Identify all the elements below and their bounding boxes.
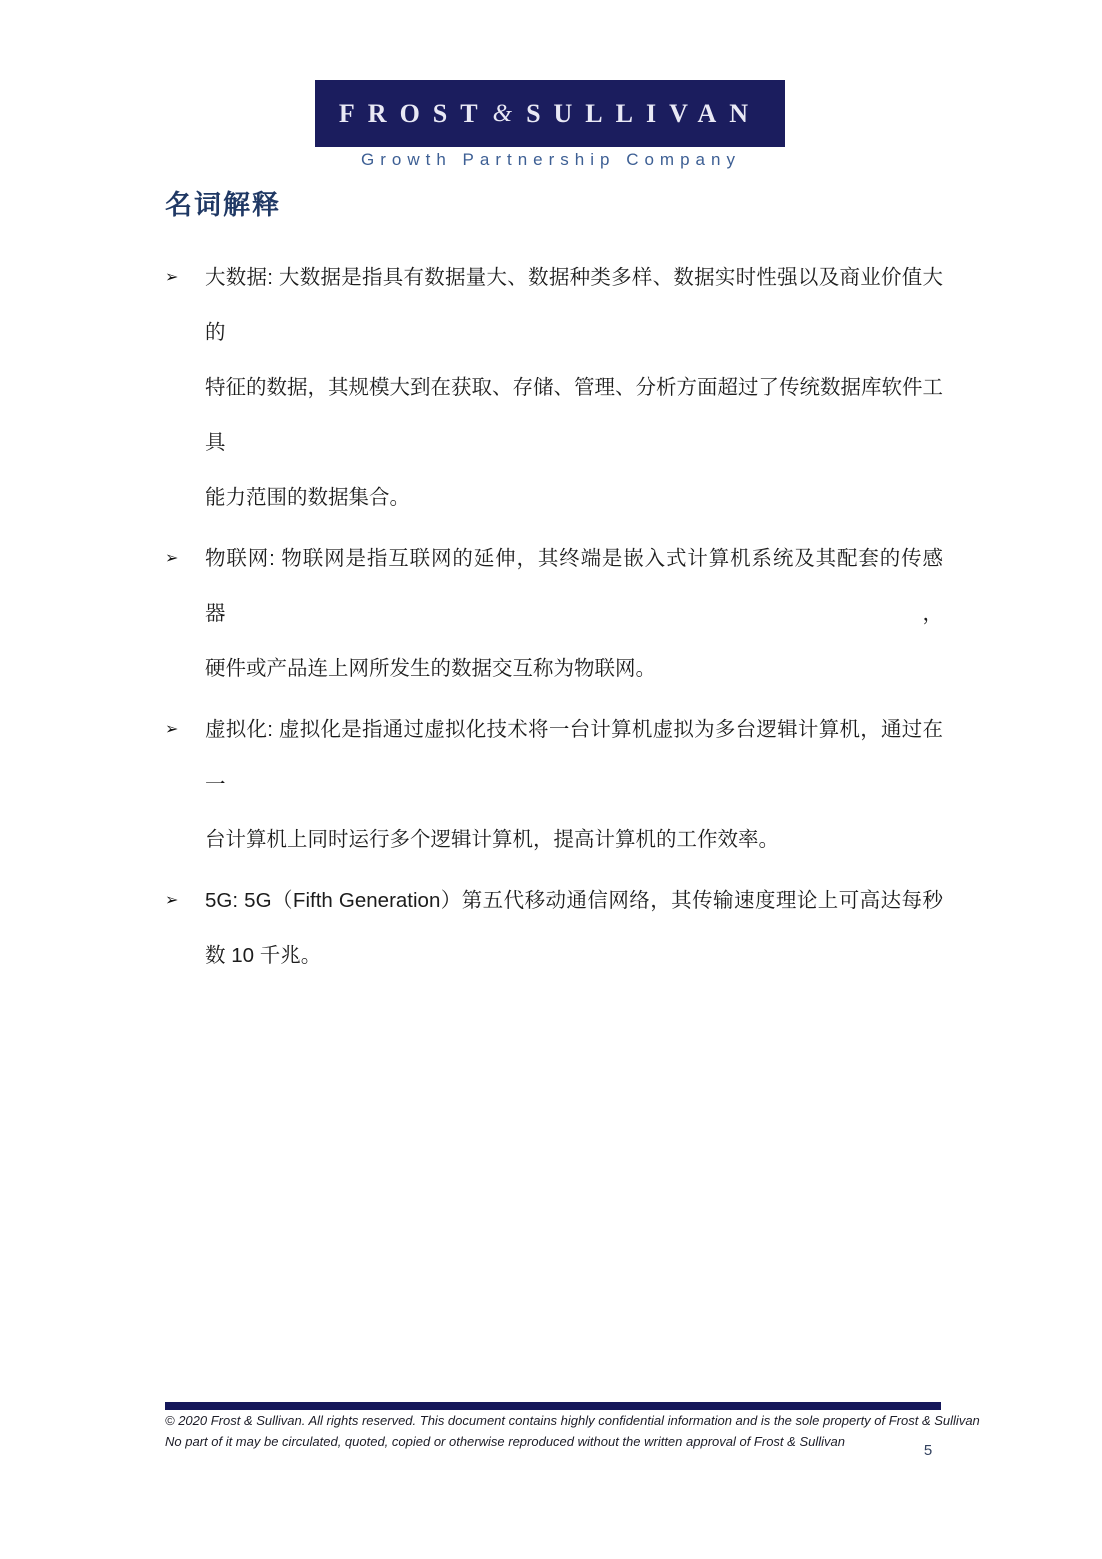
text-line: 硬件或产品连上网所发生的数据交互称为物联网。 xyxy=(205,641,943,696)
footer-copyright: © 2020 Frost & Sullivan. All rights rese… xyxy=(165,1411,941,1452)
text-line: 虚拟化: 虚拟化是指通过虚拟化技术将一台计算机虚拟为多台逻辑计算机，通过在一 xyxy=(205,702,943,812)
glossary-item-5g: ➢ 5G: 5G（Fifth Generation）第五代移动通信网络，其传输速… xyxy=(165,873,943,983)
arrow-bullet-icon: ➢ xyxy=(165,702,205,867)
glossary-item-virtualization: ➢ 虚拟化: 虚拟化是指通过虚拟化技术将一台计算机虚拟为多台逻辑计算机，通过在一… xyxy=(165,702,943,867)
footer-copyright-line2: No part of it may be circulated, quoted,… xyxy=(165,1432,941,1453)
text-line: 5G: 5G（Fifth Generation）第五代移动通信网络，其传输速度理… xyxy=(205,873,943,928)
text-line: 数 10 千兆。 xyxy=(205,928,943,983)
logo-tagline: Growth Partnership Company xyxy=(0,150,1102,170)
arrow-bullet-icon: ➢ xyxy=(165,531,205,696)
arrow-bullet-icon: ➢ xyxy=(165,250,205,525)
page-number: 5 xyxy=(900,1442,956,1459)
glossary-item-text: 5G: 5G（Fifth Generation）第五代移动通信网络，其传输速度理… xyxy=(205,873,943,983)
glossary-item-iot: ➢ 物联网: 物联网是指互联网的延伸，其终端是嵌入式计算机系统及其配套的传感器，… xyxy=(165,531,943,696)
footer-copyright-line1: © 2020 Frost & Sullivan. All rights rese… xyxy=(165,1411,941,1432)
footer-divider xyxy=(165,1402,941,1410)
document-page: FROST & SULLIVAN Growth Partnership Comp… xyxy=(0,0,1102,1559)
page-title: 名词解释 xyxy=(165,183,281,222)
text-line: 能力范围的数据集合。 xyxy=(205,470,943,525)
glossary-list: ➢ 大数据: 大数据是指具有数据量大、数据种类多样、数据实时性强以及商业价值大的… xyxy=(165,250,943,989)
text-line: 台计算机上同时运行多个逻辑计算机，提高计算机的工作效率。 xyxy=(205,812,943,867)
glossary-item-text: 物联网: 物联网是指互联网的延伸，其终端是嵌入式计算机系统及其配套的传感器， 硬… xyxy=(205,531,943,696)
arrow-bullet-icon: ➢ xyxy=(165,873,205,983)
frost-sullivan-logo: FROST & SULLIVAN xyxy=(315,80,785,147)
text-line: 大数据: 大数据是指具有数据量大、数据种类多样、数据实时性强以及商业价值大的 xyxy=(205,250,943,360)
glossary-item-big-data: ➢ 大数据: 大数据是指具有数据量大、数据种类多样、数据实时性强以及商业价值大的… xyxy=(165,250,943,525)
logo-word-sullivan: SULLIVAN xyxy=(526,99,761,129)
text-line: 物联网: 物联网是指互联网的延伸，其终端是嵌入式计算机系统及其配套的传感器， xyxy=(205,531,943,641)
glossary-item-text: 虚拟化: 虚拟化是指通过虚拟化技术将一台计算机虚拟为多台逻辑计算机，通过在一 台… xyxy=(205,702,943,867)
logo-word-frost: FROST xyxy=(339,99,491,129)
logo-ampersand: & xyxy=(493,100,512,128)
glossary-item-text: 大数据: 大数据是指具有数据量大、数据种类多样、数据实时性强以及商业价值大的 特… xyxy=(205,250,943,525)
text-line: 特征的数据，其规模大到在获取、存储、管理、分析方面超过了传统数据库软件工具 xyxy=(205,360,943,470)
